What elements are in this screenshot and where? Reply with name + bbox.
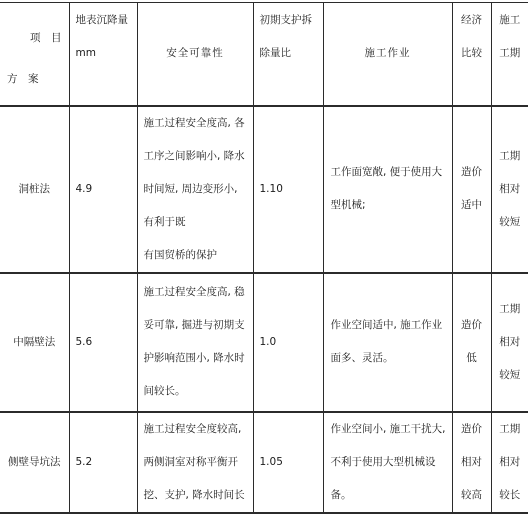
- header-duration-cell: 施工 工期: [491, 3, 528, 106]
- safety-description: 施工过程安全度较高, 两侧洞室对称平衡开挖、支护, 降水时间长: [137, 412, 253, 513]
- header-project-scheme-cell: 项 目 方 案: [0, 3, 69, 106]
- header-operation-cell: 施工作业: [323, 3, 452, 106]
- table-row-dongzhuang: 洞桩法 4.9 施工过程安全度高, 各工序之间影响小, 降水时间短, 周边变形小…: [0, 106, 528, 273]
- header-economy-cell: 经济 比较: [452, 3, 491, 106]
- safety-paragraph-2: 有国贸桥的保护: [144, 239, 249, 272]
- operation-description: 作业空间小, 施工干扰大, 不利于使用大型机械设备。: [323, 412, 452, 513]
- duration-description: 工期相对较短: [491, 273, 528, 412]
- header-removal-cell: 初期支护拆 除量比: [253, 3, 323, 106]
- method-name: 中隔壁法: [0, 273, 69, 412]
- method-comparison-table: 项 目 方 案 地表沉降量 mm 安全可靠性 初期支护拆 除量比 施工作业 经济…: [0, 2, 528, 514]
- economy-description: 造价适中: [452, 106, 491, 273]
- duration-description: 工期相对较短: [491, 106, 528, 273]
- header-row: 项 目 方 案 地表沉降量 mm 安全可靠性 初期支护拆 除量比 施工作业 经济…: [0, 3, 528, 106]
- document-page: 项 目 方 案 地表沉降量 mm 安全可靠性 初期支护拆 除量比 施工作业 经济…: [0, 0, 530, 529]
- removal-ratio-value: 1.0: [253, 273, 323, 412]
- header-settlement-cell: 地表沉降量 mm: [69, 3, 137, 106]
- table-row-cebidaokeng: 侧壁导坑法 5.2 施工过程安全度较高, 两侧洞室对称平衡开挖、支护, 降水时间…: [0, 412, 528, 513]
- header-economy-line1: 经济: [457, 4, 487, 37]
- header-safety-cell: 安全可靠性: [137, 3, 253, 106]
- header-settlement-unit: mm: [76, 37, 134, 70]
- table-row-zhonggebi: 中隔壁法 5.6 施工过程安全度高, 稳妥可靠, 掘进与初期支护影响范围小, 降…: [0, 273, 528, 412]
- safety-paragraph-1: 施工过程安全度较高, 两侧洞室对称平衡开挖、支护, 降水时间长: [144, 413, 249, 512]
- safety-description: 施工过程安全度高, 各工序之间影响小, 降水时间短, 周边变形小, 有利于既 有…: [137, 106, 253, 273]
- header-economy-line2: 比较: [457, 37, 487, 70]
- header-removal-line2: 除量比: [260, 37, 320, 70]
- header-removal-line1: 初期支护拆: [260, 4, 320, 37]
- safety-paragraph-1: 施工过程安全度高, 稳妥可靠, 掘进与初期支护影响范围小, 降水时间较长。: [144, 276, 249, 408]
- duration-description: 工期相对较长: [491, 412, 528, 513]
- header-project-label: 项 目: [30, 22, 62, 55]
- removal-ratio-value: 1.05: [253, 412, 323, 513]
- economy-description: 造价低: [452, 273, 491, 412]
- method-name: 洞桩法: [0, 106, 69, 273]
- settlement-value: 5.6: [69, 273, 137, 412]
- header-settlement-line1: 地表沉降量: [76, 4, 134, 37]
- removal-ratio-value: 1.10: [253, 106, 323, 273]
- economy-description: 造价相对较高: [452, 412, 491, 513]
- settlement-value: 4.9: [69, 106, 137, 273]
- operation-description: 工作面宽敞, 便于使用大型机械;: [323, 106, 452, 273]
- header-duration-line1: 施工: [496, 4, 525, 37]
- safety-paragraph-1: 施工过程安全度高, 各工序之间影响小, 降水时间短, 周边变形小, 有利于既: [144, 107, 249, 239]
- settlement-value: 5.2: [69, 412, 137, 513]
- operation-description: 作业空间适中, 施工作业面多、灵活。: [323, 273, 452, 412]
- method-name: 侧壁导坑法: [0, 412, 69, 513]
- safety-description: 施工过程安全度高, 稳妥可靠, 掘进与初期支护影响范围小, 降水时间较长。: [137, 273, 253, 412]
- header-duration-line2: 工期: [496, 37, 525, 70]
- header-scheme-label: 方 案: [7, 63, 39, 96]
